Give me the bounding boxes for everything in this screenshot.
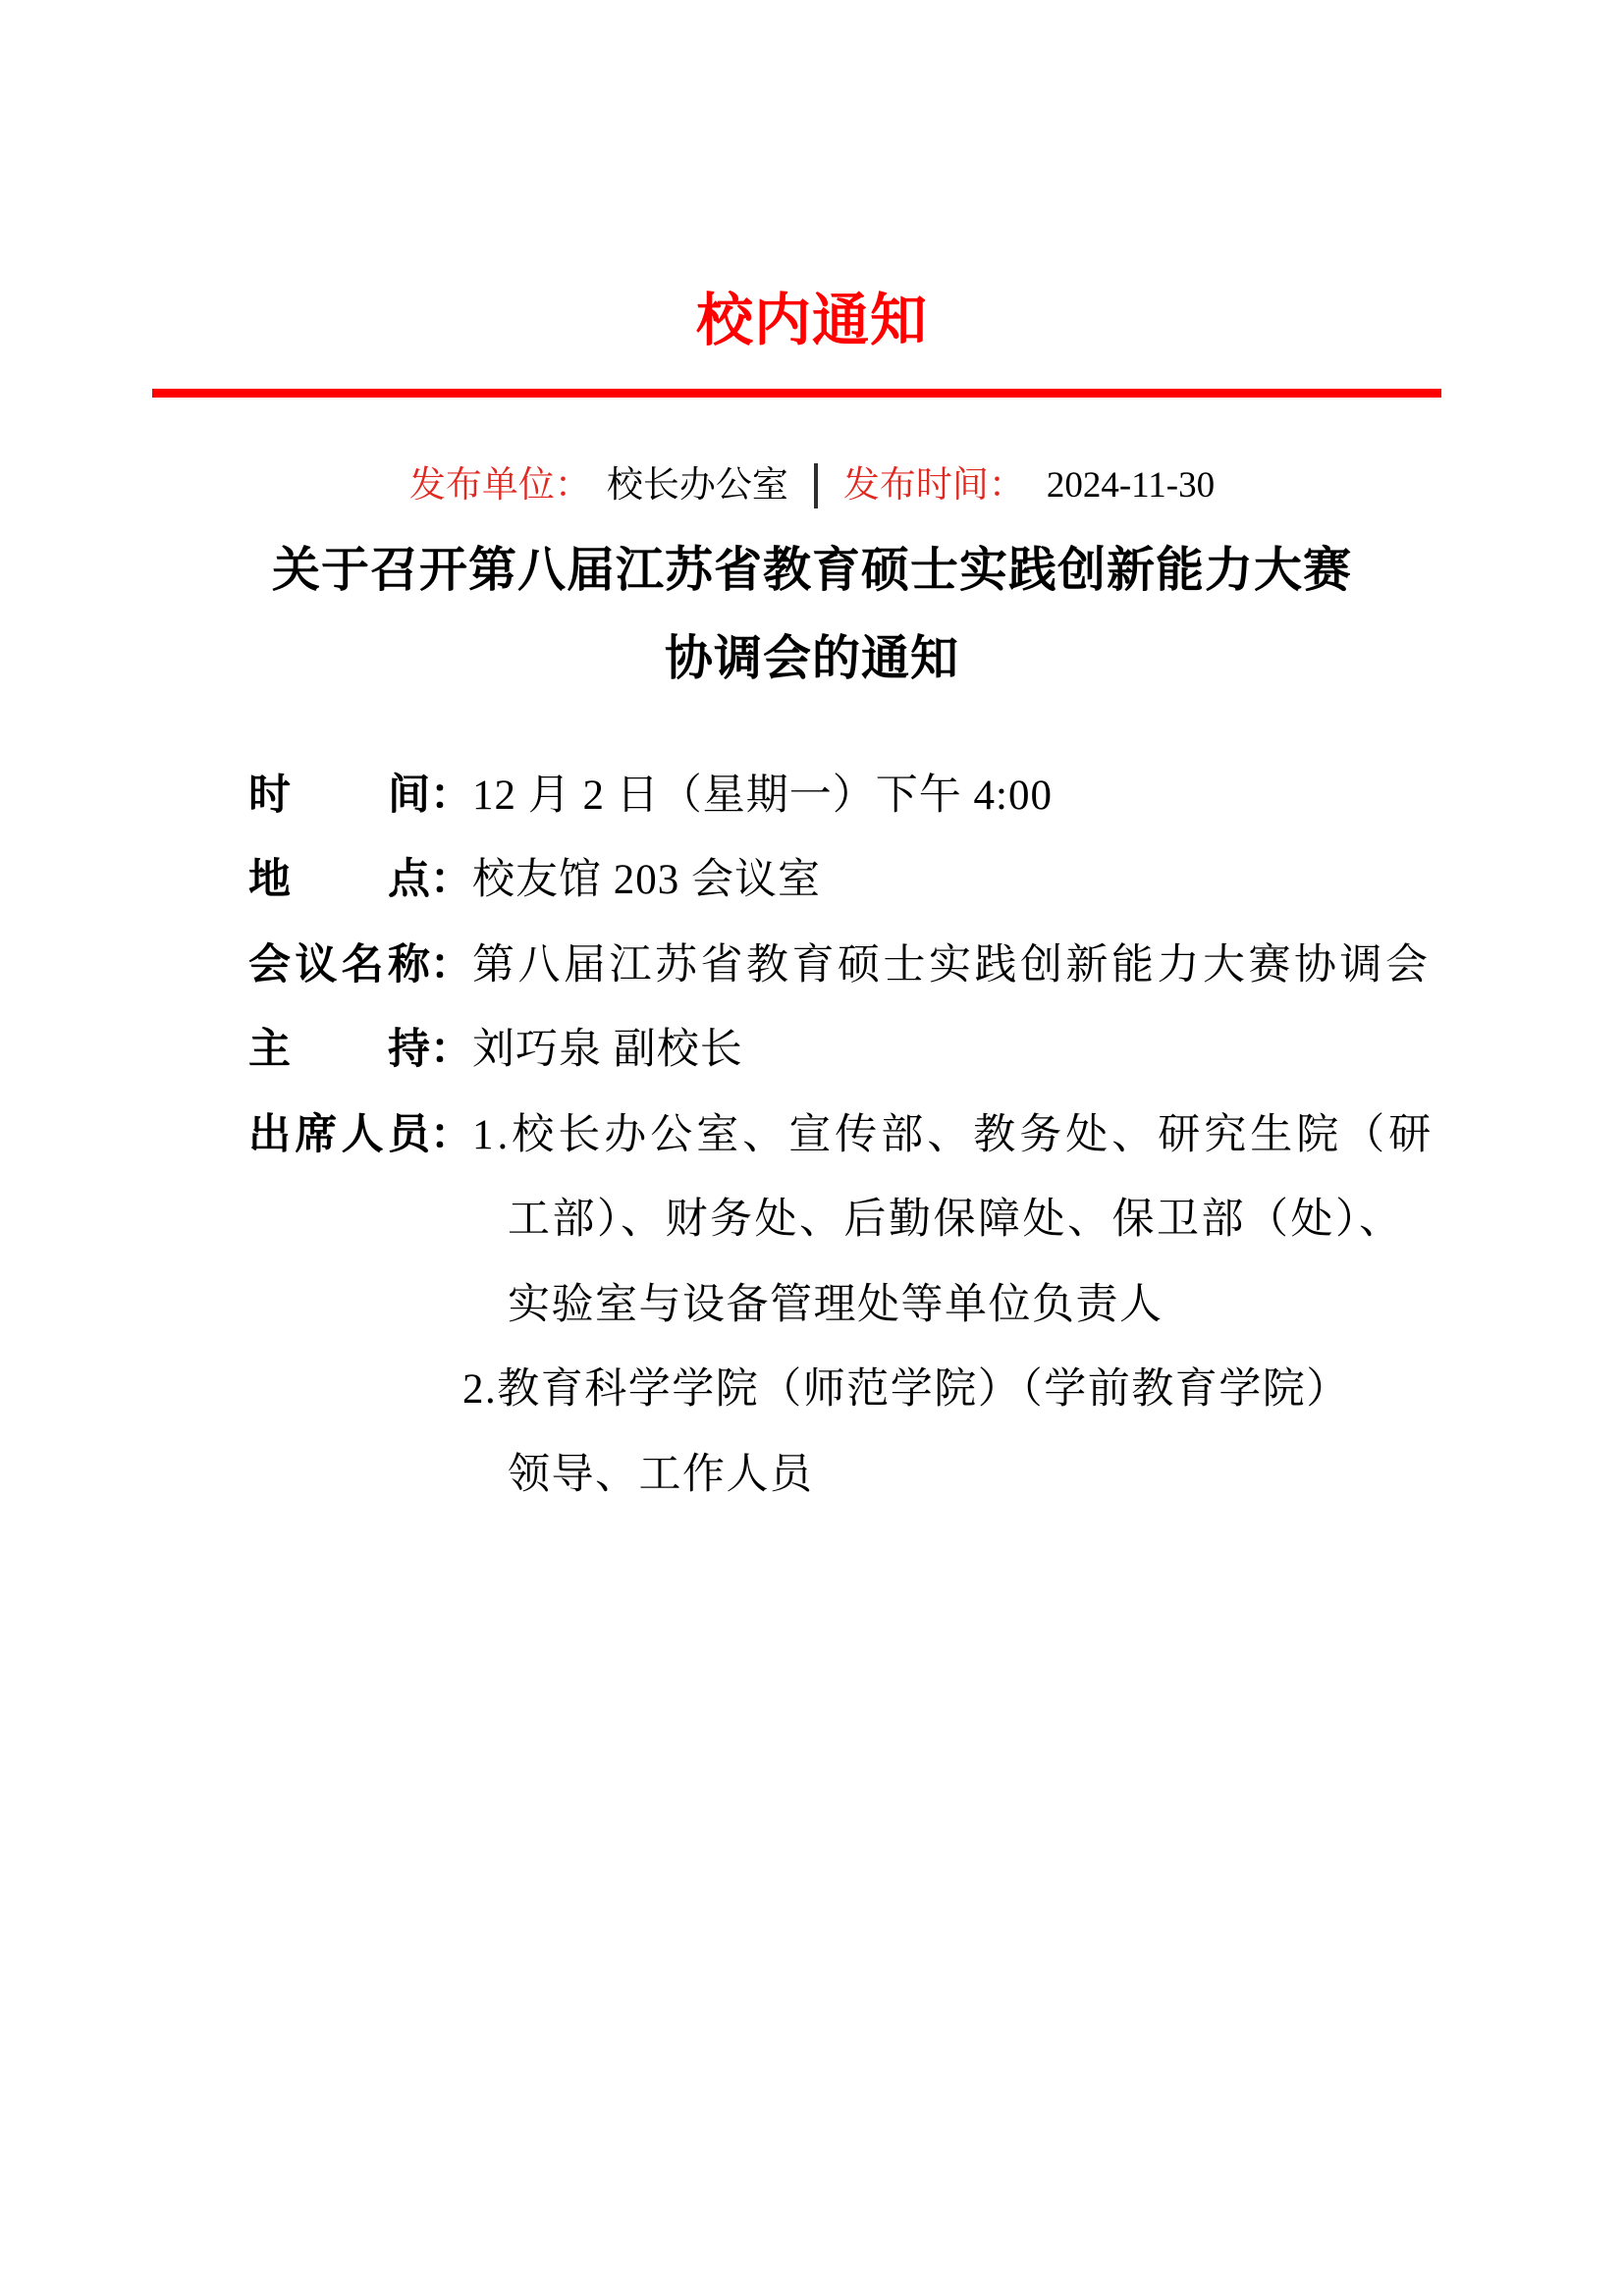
notice-page: 校内通知 发布单位： 校长办公室 发布时间： 2024-11-30 关于召开第八… — [0, 0, 1624, 2296]
field-label-meeting-name: 会议名称 — [248, 941, 430, 989]
publish-time-value: 2024-11-30 — [1047, 464, 1215, 507]
attendees-line5: 领导、工作人员 — [508, 1451, 814, 1499]
field-value-place: 校友馆 203 会议室 — [472, 856, 821, 904]
field-label-time: 时间 — [248, 772, 430, 820]
field-colon: ： — [430, 941, 472, 989]
field-colon: ： — [430, 772, 472, 820]
publisher-value: 校长办公室 — [607, 464, 788, 507]
field-row-place: 地点 ： 校友馆 203 会议室 — [248, 856, 821, 904]
attendees-line2: 工部）、财务处、后勤保障处、保卫部（处）、 — [508, 1196, 1404, 1244]
meta-separator-bar — [814, 463, 818, 508]
red-divider-line — [152, 389, 1441, 398]
field-row-meeting-name: 会议名称 ： 第八届江苏省教育硕士实践创新能力大赛协调会 — [248, 941, 1432, 989]
publisher-label: 发布单位： — [409, 464, 591, 507]
field-value-attendees-line1: 1.校长办公室、宣传部、教务处、研究生院（研 — [472, 1111, 1435, 1159]
notice-title-line2: 协调会的通知 — [0, 631, 1624, 686]
field-row-attendees: 出席人员 ： 1.校长办公室、宣传部、教务处、研究生院（研 — [248, 1111, 1435, 1159]
field-row-host: 主持 ： 刘巧泉 副校长 — [248, 1026, 743, 1074]
field-value-time: 12 月 2 日（星期一）下午 4:00 — [472, 772, 1053, 820]
field-label-place: 地点 — [248, 856, 430, 904]
field-row-time: 时间 ： 12 月 2 日（星期一）下午 4:00 — [248, 772, 1053, 820]
meta-row: 发布单位： 校长办公室 发布时间： 2024-11-30 — [0, 463, 1624, 508]
field-colon: ： — [430, 1111, 472, 1159]
field-label-host: 主持 — [248, 1026, 430, 1074]
attendees-line3: 实验室与设备管理处等单位负责人 — [508, 1281, 1164, 1329]
field-colon: ： — [430, 1026, 472, 1074]
field-value-meeting-name: 第八届江苏省教育硕士实践创新能力大赛协调会 — [472, 941, 1432, 989]
page-title: 校内通知 — [0, 289, 1624, 354]
field-label-attendees: 出席人员 — [248, 1111, 430, 1159]
attendees-line4: 2.教育科学学院（师范学院）（学前教育学院） — [462, 1365, 1350, 1414]
field-value-host: 刘巧泉 副校长 — [472, 1026, 743, 1074]
field-colon: ： — [430, 856, 472, 904]
notice-title-line1: 关于召开第八届江苏省教育硕士实践创新能力大赛 — [0, 543, 1624, 598]
publish-time-label: 发布时间： — [843, 464, 1025, 507]
